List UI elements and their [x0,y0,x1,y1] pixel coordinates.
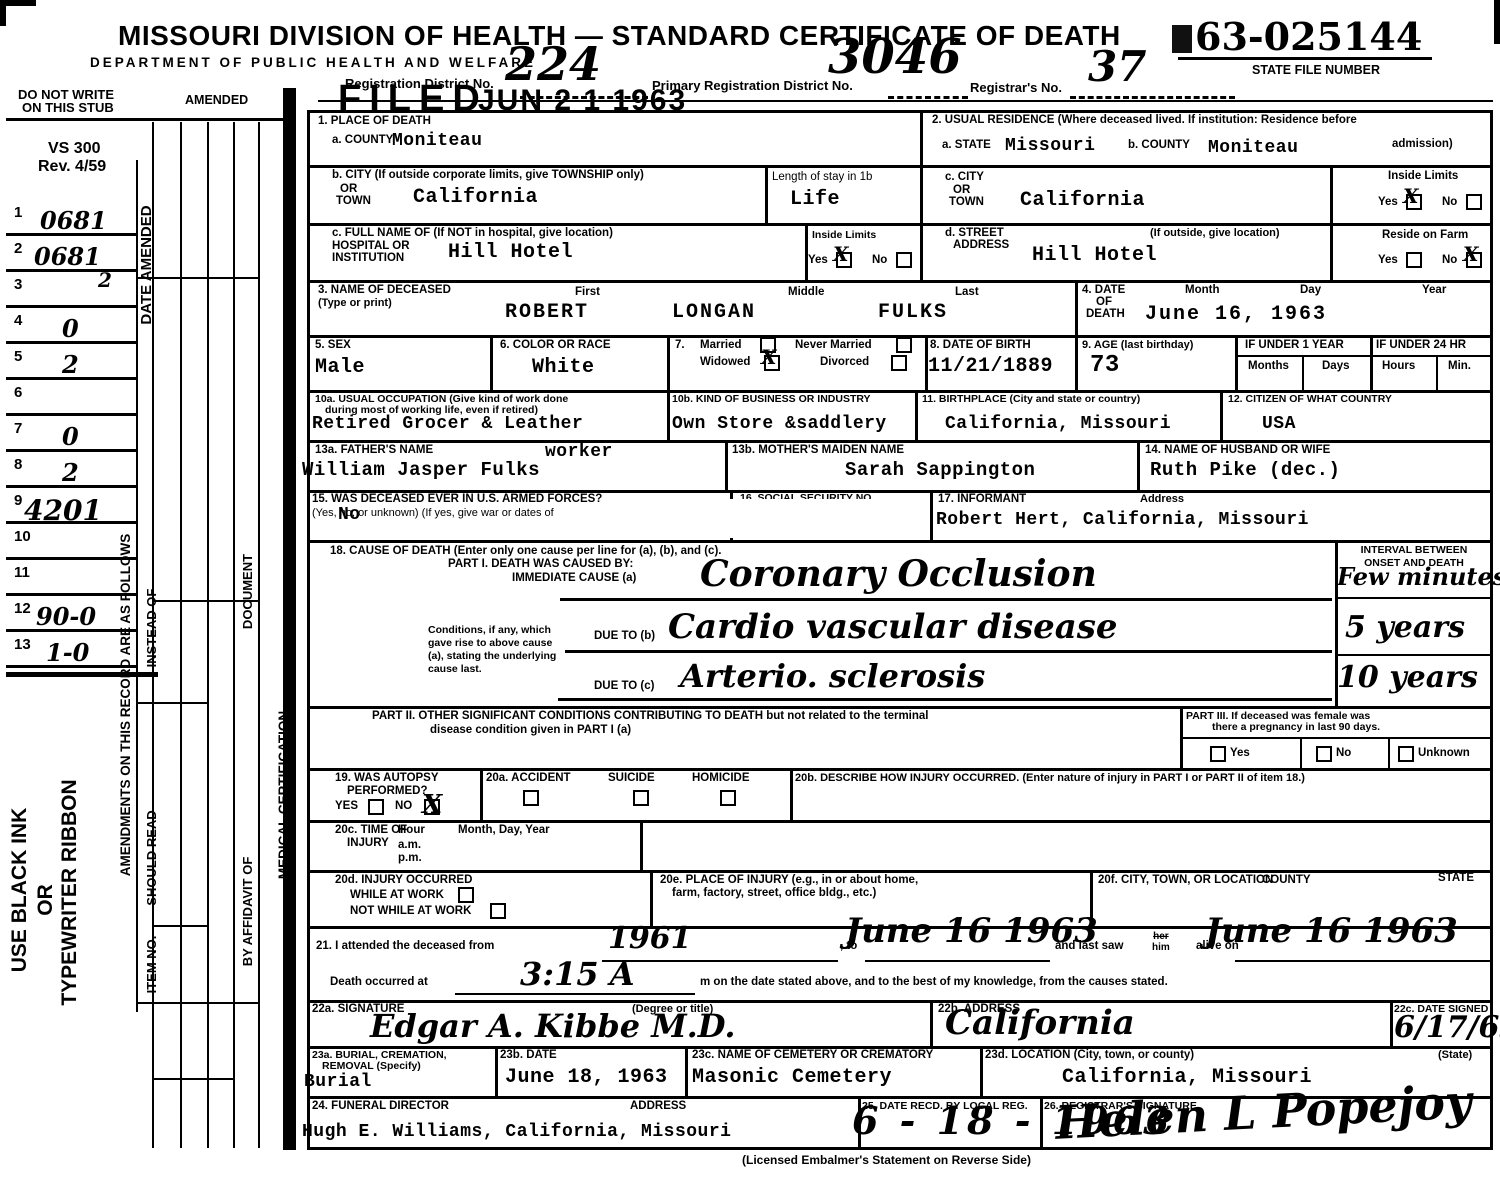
scan-mark [1494,0,1500,44]
pregnancy-unknown-checkbox [1398,746,1414,762]
field-21-label: 21. I attended the deceased from [316,940,494,953]
stub-document-label: DOCUMENT [240,530,256,653]
name-middle-value: LONGAN [672,301,756,324]
state-file-label: STATE FILE NUMBER [1252,63,1380,77]
last-seen-line [1235,960,1490,962]
death-occurred-label: Death occurred at [330,976,428,989]
grid-line [765,165,768,223]
state-file-underline [1178,57,1432,60]
last-seen-value: June 16 1963 [1205,916,1458,947]
stub-line-value: 2 [98,268,112,292]
field-1c-label-3: INSTITUTION [332,252,404,265]
grid-line [1302,355,1304,390]
stub-column-line [233,122,235,1148]
field-3-sub: (Type or print) [318,297,392,310]
field-13a-label: 13a. FATHER'S NAME [315,444,433,457]
inside-limits-1-label: Inside Limits [812,229,876,242]
grid-line [307,490,1493,493]
grid-line [930,490,933,540]
stub-line-value: 2 [62,458,79,487]
grid-line [307,390,1493,393]
check-mark: X [833,244,849,264]
stub-instead-of-label: INSTEAD OF [144,553,160,703]
burial-value: Burial [304,1072,372,1092]
inside-limits-1-yes-checkbox: X [836,252,852,268]
not-while-at-work-label: NOT WHILE AT WORK [350,905,471,918]
length-of-stay-label: Length of stay in 1b [772,171,872,184]
cause-c-value: Arterio. sclerosis [680,662,985,691]
never-married-checkbox [896,337,912,353]
stub-should-read-label: SHOULD READ [144,793,160,923]
field-1b-value: California [413,186,538,209]
months-header: Months [1248,360,1289,373]
not-while-at-work-checkbox [490,903,506,919]
part1-label: PART I. DEATH WAS CAUSED BY: [448,558,633,571]
reside-on-farm-yes: Yes [1378,254,1398,267]
field-20c-label: 20c. TIME OF [335,824,407,837]
date-of-death-value: June 16, 1963 [1145,303,1327,326]
grid-line [490,335,493,390]
stub-line-value: 4201 [24,494,102,527]
pregnancy-yes-label: Yes [1230,747,1250,760]
occupation-value-2: worker [545,442,613,462]
pregnancy-yes-checkbox [1210,746,1226,762]
autopsy-no-checkbox: X [424,799,440,815]
grid-line [307,1046,1493,1049]
death-time-line [455,993,695,995]
field-2d-note: (If outside, give location) [1150,227,1280,240]
field-19-label-2: PERFORMED? [347,785,428,798]
grid-line [1335,597,1493,599]
field-6-label: 6. COLOR OR RACE [500,339,611,352]
primary-district-value: 3046 [828,36,962,79]
field-1c-value: Hill Hotel [448,241,573,264]
stub-line-number: 3 [14,276,22,293]
pregnancy-unknown-label: Unknown [1418,747,1470,760]
autopsy-no-label: NO [395,800,412,813]
inside-limits-1-yes: Yes [808,254,828,267]
field-14-label: 14. NAME OF HUSBAND OR WIFE [1145,444,1330,457]
grid-line [930,1000,933,1046]
homicide-checkbox [720,790,736,806]
field-20f-label: 20f. CITY, TOWN, OR LOCATION [1098,874,1273,887]
cause-b-line [565,650,1332,653]
county-header: COUNTY [1262,874,1311,887]
name-middle-header: Middle [788,286,824,299]
stub-segment-line [152,925,207,927]
length-of-stay-value: Life [790,188,840,211]
document-subtitle: DEPARTMENT OF PUBLIC HEALTH AND WELFARE [90,55,536,70]
grid-line [307,1000,1493,1003]
field-8-label: 8. DATE OF BIRTH [930,339,1031,352]
part2-label-2: disease condition given in PART I (a) [430,724,631,737]
stub-do-not-write-2: ON THIS STUB [22,101,114,116]
name-first-value: ROBERT [505,301,589,324]
registrar-no-line [1070,95,1235,99]
field-2-label-2: admission) [1392,138,1453,151]
name-first-header: First [575,286,600,299]
attended-to-value: June 16 1963 [845,916,1098,947]
inside-limits-2-label: Inside Limits [1388,170,1458,183]
registration-district-value: 224 [505,44,601,85]
reside-on-farm-no: No [1442,254,1457,267]
if-under-1-year-label: IF UNDER 1 YEAR [1245,339,1344,352]
stub-line-value: 0 [62,422,79,451]
grid-line [480,768,483,820]
field-2c-label: c. CITY [945,171,984,184]
pregnancy-no-checkbox [1316,746,1332,762]
homicide-label: HOMICIDE [692,772,750,785]
grid-line [307,870,1493,873]
stub-line-value: 0681 [34,242,101,271]
stub-line: 70 [6,416,136,452]
registrar-no-label: Registrar's No. [970,80,1062,95]
stub-line-number: 7 [14,420,22,437]
widowed-label: Widowed [700,356,750,369]
grid-line [1220,390,1223,440]
attended-to-line [865,960,1050,962]
grid-line [307,280,1493,283]
while-at-work-checkbox [458,887,474,903]
dod-month-header: Month [1185,284,1219,297]
stub-line-value: 2 [62,350,79,379]
medical-certification-label: MEDICAL CERTIFICATION [276,545,294,1045]
stub-line-value: 90-0 [36,602,96,631]
armed-forces-value: No [338,505,361,525]
physician-signature: Edgar A. Kibbe M.D. [370,1012,736,1041]
filed-stamp: FILED [338,78,488,121]
stub-line: 131-0 [6,632,136,668]
stub-line: 10 [6,524,136,560]
field-1a-label: a. COUNTY [332,134,393,147]
redaction-box [657,499,881,538]
grid-line [1388,737,1390,768]
check-mark: X [761,347,777,367]
field-24-label: 24. FUNERAL DIRECTOR [312,1100,449,1113]
stub-line-number: 2 [14,240,22,257]
inside-limits-2-no: No [1442,196,1457,209]
dod-year-header: Year [1422,284,1446,297]
field-4-label-3: DEATH [1086,308,1125,321]
field-5-label: 5. SEX [315,339,351,352]
grid-line [685,1046,688,1096]
field-10b-label: 10b. KIND OF BUSINESS OR INDUSTRY [672,393,871,406]
stub-form-number: VS 300 [48,140,100,158]
her-label: her [1152,931,1170,942]
cause-a-value: Coronary Occlusion [700,558,1097,590]
field-2a-value: Missouri [1005,136,1095,156]
grid-line [1390,1000,1393,1046]
days-header: Days [1322,360,1350,373]
field-2-label: 2. USUAL RESIDENCE (Where deceased lived… [932,114,1357,127]
field-20e-label: 20e. PLACE OF INJURY (e.g., in or about … [660,874,918,887]
attended-from-line [602,960,838,962]
field-18-label: 18. CAUSE OF DEATH (Enter only one cause… [330,545,721,558]
stub-lines: 10681 20681 32 40 52 6 70 82 94201 10 11… [6,200,136,668]
check-mark: X [1463,244,1479,264]
stub-item-no-label: ITEM NO. [144,926,160,1003]
inside-limits-2-no-checkbox [1466,194,1482,210]
grid-line [1370,335,1373,390]
stub-line: 6 [6,380,136,416]
scan-mark [0,0,6,26]
field-20e-label-2: farm, factory, street, office bldg., etc… [672,887,876,900]
stub-line-number: 9 [14,492,22,509]
grid-line [307,768,1493,771]
field-2d-value: Hill Hotel [1032,244,1157,267]
grid-line [1137,440,1140,490]
suicide-label: SUICIDE [608,772,655,785]
physician-address: California [945,1008,1135,1039]
min-header: Min. [1448,360,1471,373]
funeral-director-value: Hugh E. Williams, California, Missouri [302,1122,731,1142]
stub-line: 1290-0 [6,596,136,632]
state-header: STATE [1438,872,1474,885]
informant-address-header: Address [1140,493,1184,506]
field-1a-value: Moniteau [392,131,482,151]
state-file-number-value: 63-025144 [1195,14,1422,59]
grid-line [1436,355,1438,390]
race-value: White [532,356,595,379]
field-2a-label: a. STATE [942,139,991,152]
grid-line [1330,165,1333,280]
mother-name-value: Sarah Sappington [845,459,1035,481]
pregnancy-no-label: No [1336,747,1351,760]
stub-line-number: 6 [14,384,22,401]
pm-label: p.m. [398,852,422,865]
field-3-label: 3. NAME OF DECEASED [318,284,451,297]
if-under-24-hr-label: IF UNDER 24 HR [1376,339,1466,352]
autopsy-yes-label: YES [335,800,358,813]
embalmer-note: (Licensed Embalmer's Statement on Revers… [742,1154,1031,1168]
spouse-value: Ruth Pike (dec.) [1150,459,1340,481]
date-of-birth-value: 11/21/1889 [928,355,1053,378]
grid-line [920,110,923,280]
stub-column-line [207,122,209,1148]
never-married-label: Never Married [795,339,872,352]
check-mark: X [1403,186,1419,206]
cause-b-value: Cardio vascular disease [668,612,1118,643]
grid-line [1075,280,1078,390]
state-file-number: 63-025144 [1172,14,1422,59]
him-label: him [1152,942,1170,953]
field-1c-label: c. FULL NAME OF (If NOT in hospital, giv… [332,227,613,240]
stub-typewriter-ribbon-label: TYPEWRITER RIBBON [58,735,84,1050]
stub-line-number: 1 [14,204,22,221]
grid-line [667,390,670,440]
field-20c-label-2: INJURY [347,837,389,850]
occupation-value: Retired Grocer & Leather [312,414,583,434]
grid-line [307,165,1493,168]
grid-line [307,706,1493,709]
cemetery-value: Masonic Cemetery [692,1066,892,1089]
field-23c-label: 23c. NAME OF CEMETERY OR CREMATORY [692,1049,933,1062]
field-1b-label: b. CITY (If outside corporate limits, gi… [332,169,644,182]
field-23d-label: 23d. LOCATION (City, town, or county) [985,1049,1194,1062]
stub-line: 11 [6,560,136,596]
reside-on-farm-label: Reside on Farm [1382,229,1468,242]
grid-line [1235,355,1493,357]
dod-day-header: Day [1300,284,1321,297]
grid-line [307,820,1493,823]
stub-line-number: 12 [14,600,31,617]
date-signed-value: 6/17/63 [1394,1014,1500,1041]
field-11-label: 11. BIRTHPLACE (City and state or countr… [922,393,1140,406]
immediate-cause-label: IMMEDIATE CAUSE (a) [512,572,636,585]
citizen-value: USA [1262,414,1296,434]
stub-line-value: 0 [62,314,79,343]
stub-date-amended-label: DATE AMENDED [138,135,156,395]
stub-amendments-label: AMENDMENTS ON THIS RECORD ARE AS FOLLOWS [118,400,134,1010]
hours-header: Hours [1382,360,1415,373]
stub-column-line [180,122,182,1148]
field-12-label: 12. CITIZEN OF WHAT COUNTRY [1228,393,1392,406]
stub-line: 10681 [6,200,136,236]
autopsy-yes-checkbox [368,799,384,815]
inside-limits-1-no-checkbox [896,252,912,268]
field-2c-town: TOWN [949,196,984,209]
due-to-b-label: DUE TO (b) [594,630,655,643]
primary-district-line [888,95,968,99]
due-to-c-label: DUE TO (c) [594,680,655,693]
divorced-checkbox [891,355,907,371]
field-19-label: 19. WAS AUTOPSY [335,772,439,785]
field-2c-value: California [1020,189,1145,212]
stub-use-black-ink-label: USE BLACK INK [8,770,34,1010]
accident-checkbox [523,790,539,806]
birthplace-value: California, Missouri [945,414,1171,434]
part3-label-2: there a pregnancy in last 90 days. [1212,721,1380,734]
grid-line [1335,654,1493,656]
month-day-year-label: Month, Day, Year [458,824,550,837]
reside-on-farm-yes-checkbox [1406,252,1422,268]
reside-on-farm-no-checkbox: X [1466,252,1482,268]
name-last-header: Last [955,286,979,299]
grid-line [307,440,1493,443]
grid-line [915,390,918,440]
field-9-label: 9. AGE (last birthday) [1082,339,1193,352]
burial-date-value: June 18, 1963 [505,1066,668,1089]
death-occurred-rest: m on the date stated above, and to the b… [700,976,1168,989]
ink-blot-icon [1172,25,1192,53]
registrar-no-value: 37 [1088,48,1146,86]
stub-line-number: 4 [14,312,22,329]
registrar-signature: Helen L Popejoy [1054,1081,1472,1144]
field-2b-value: Moniteau [1208,138,1298,158]
am-label: a.m. [398,839,421,852]
stub-amended-label: AMENDED [185,93,248,107]
stub-line: 40 [6,308,136,344]
suicide-checkbox [633,790,649,806]
interval-c-value: 10 years [1337,664,1478,691]
her-him-stack: her him [1152,931,1170,953]
field-2b-label: b. COUNTY [1128,139,1190,152]
stub-line: 94201 [6,488,136,524]
grid-line [667,335,670,390]
stub-line: 82 [6,452,136,488]
inside-limits-2-yes: Yes [1378,196,1398,209]
field-2d-label-2: ADDRESS [953,239,1009,252]
grid-line [1180,737,1493,739]
stub-line: 52 [6,344,136,380]
divorced-label: Divorced [820,356,869,369]
document-title: MISSOURI DIVISION OF HEALTH — STANDARD C… [118,20,1121,52]
interval-a-value: Few minutes [1337,566,1500,588]
stub-segment-line [152,1078,233,1080]
grid-line [1300,737,1302,768]
widowed-checkbox: X [764,355,780,371]
field-17-label: 17. INFORMANT [938,493,1026,506]
funeral-address-header: ADDRESS [630,1100,686,1113]
field-7-number: 7. [675,339,685,352]
hour-label: Hour [398,824,425,837]
informant-value: Robert Hert, California, Missouri [936,510,1309,530]
grid-line [307,223,1493,226]
grid-line [790,768,793,820]
field-23b-label: 23b. DATE [500,1049,557,1062]
field-20d-label: 20d. INJURY OCCURRED [335,874,472,887]
stub-header-rule [6,118,283,121]
stub-column-line [258,122,260,1148]
stub-by-affidavit-label: BY AFFIDAVIT OF [240,820,256,1003]
attended-from-value: 1961 [608,925,692,952]
death-time-value: 3:15 A [520,960,635,989]
stub-line-number: 10 [14,528,31,545]
stub-line-number: 5 [14,348,22,365]
stub-line-value: 0681 [40,206,107,235]
state-sub-label: (State) [1438,1049,1472,1062]
name-last-value: FULKS [878,301,948,324]
conditions-note: Conditions, if any, which gave rise to a… [428,624,560,677]
married-label: Married [700,339,742,352]
stub-line-number: 8 [14,456,22,473]
field-20a-label: 20a. ACCIDENT [486,772,571,785]
stub-line-number: 13 [14,636,31,653]
death-certificate-page: MISSOURI DIVISION OF HEALTH — STANDARD C… [0,0,1500,1181]
grid-line [805,223,808,280]
business-value: Own Store &saddlery [672,414,887,434]
age-value: 73 [1090,352,1120,379]
grid-line [640,820,643,870]
stub-revision: Rev. 4/59 [38,158,106,176]
field-1b-town: TOWN [336,195,371,208]
sex-value: Male [315,356,365,379]
grid-line [650,870,653,926]
part2-label: PART II. OTHER SIGNIFICANT CONDITIONS CO… [372,710,928,723]
father-name-value: William Jasper Fulks [302,459,540,481]
inside-limits-1-no: No [872,254,887,267]
grid-line [725,440,728,490]
stub-line-value: 1-0 [46,638,89,667]
stub-line: 32 [6,272,136,308]
while-at-work-label: WHILE AT WORK [350,889,444,902]
grid-line [1235,335,1238,390]
check-mark: X [422,792,442,818]
stub-line-number: 11 [14,564,30,581]
grid-line [980,1046,983,1096]
cause-c-line [558,698,1332,701]
field-20b-label: 20b. DESCRIBE HOW INJURY OCCURRED. (Ente… [795,772,1305,785]
cause-a-line [560,598,1332,601]
interval-b-value: 5 years [1345,614,1465,641]
inside-limits-2-yes-checkbox: X [1406,194,1422,210]
field-13b-label: 13b. MOTHER'S MAIDEN NAME [732,444,904,457]
stub-line: 20681 [6,236,136,272]
stub-or-label: OR [34,860,60,940]
grid-line [495,1046,498,1096]
grid-line [307,540,1493,543]
